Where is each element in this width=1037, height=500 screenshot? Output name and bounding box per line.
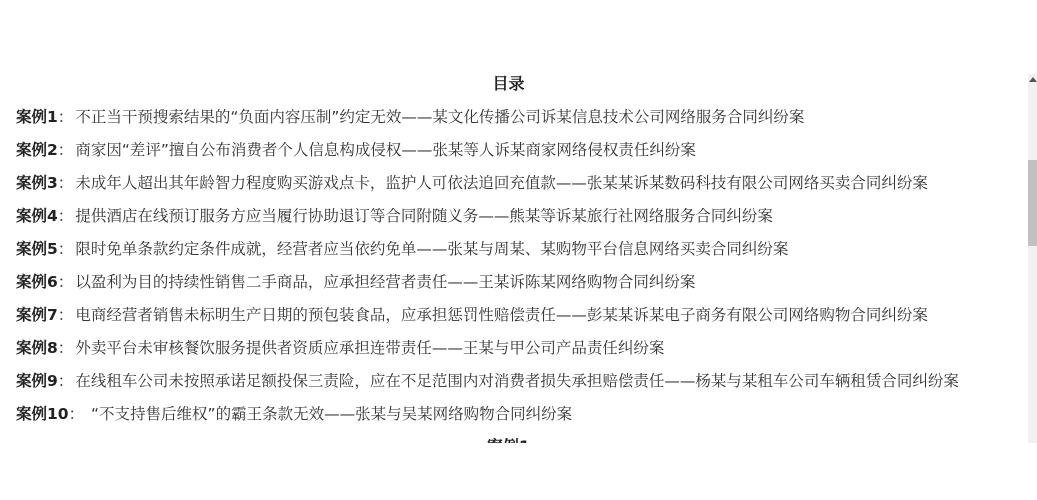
case-separator: ：: [69, 405, 85, 423]
toc-item-case-2[interactable]: 案例2：商家因“差评”擅自公布消费者个人信息构成侵权——张某等人诉某商家网络侵权…: [16, 139, 959, 172]
scrollbar-thumb[interactable]: [1028, 160, 1037, 246]
case-separator: ：: [58, 372, 74, 390]
toc-item-case-5[interactable]: 案例5：限时免单条款约定条件成就，经营者应当依约免单——张某与周某、某购物平台信…: [16, 238, 959, 271]
case-label: 案例1: [16, 108, 58, 126]
case-separator: ：: [58, 306, 74, 324]
case-label: 案例7: [16, 306, 58, 324]
case-title: 以盈利为目的持续性销售二手商品，应承担经营者责任——王某诉陈某网络购物合同纠纷案: [75, 273, 695, 291]
vertical-scrollbar[interactable]: [1028, 74, 1037, 443]
case-title: 不正当干预搜索结果的“负面内容压制”约定无效——某文化传播公司诉某信息技术公司网…: [75, 108, 804, 126]
case-separator: ：: [58, 141, 74, 159]
case-label: 案例10: [16, 405, 69, 423]
case-label: 案例2: [16, 141, 58, 159]
case-separator: ：: [58, 174, 74, 192]
toc-item-case-6[interactable]: 案例6：以盈利为目的持续性销售二手商品，应承担经营者责任——王某诉陈某网络购物合…: [16, 271, 959, 304]
case-title: 未成年人超出其年龄智力程度购买游戏点卡，监护人可依法追回充值款——张某某诉某数码…: [75, 174, 928, 192]
toc-item-case-1[interactable]: 案例1：不正当干预搜索结果的“负面内容压制”约定无效——某文化传播公司诉某信息技…: [16, 106, 959, 139]
toc-item-case-7[interactable]: 案例7：电商经营者销售未标明生产日期的预包装食品，应承担惩罚性赔偿责任——彭某某…: [16, 304, 959, 337]
case-separator: ：: [58, 108, 74, 126]
case-label: 案例8: [16, 339, 58, 357]
case-title: 外卖平台未审核餐饮服务提供者资质应承担连带责任——王某与甲公司产品责任纠纷案: [75, 339, 664, 357]
toc-list: 案例1：不正当干预搜索结果的“负面内容压制”约定无效——某文化传播公司诉某信息技…: [16, 106, 959, 436]
toc-item-case-10[interactable]: 案例10： “不支持售后维权”的霸王条款无效——张某与吴某网络购物合同纠纷案: [16, 403, 959, 436]
case-title: 商家因“差评”擅自公布消费者个人信息构成侵权——张某等人诉某商家网络侵权责任纠纷…: [75, 141, 696, 159]
case-title: 电商经营者销售未标明生产日期的预包装食品，应承担惩罚性赔偿责任——彭某某诉某电子…: [75, 306, 928, 324]
toc-item-case-9[interactable]: 案例9：在线租车公司未按照承诺足额投保三责险，应在不足范围内对消费者损失承担赔偿…: [16, 370, 959, 403]
case-label: 案例4: [16, 207, 58, 225]
toc-title: 目录: [0, 73, 1017, 95]
toc-item-case-8[interactable]: 案例8：外卖平台未审核餐饮服务提供者资质应承担连带责任——王某与甲公司产品责任纠…: [16, 337, 959, 370]
case-title: “不支持售后维权”的霸王条款无效——张某与吴某网络购物合同纠纷案: [86, 405, 572, 423]
toc-item-case-3[interactable]: 案例3：未成年人超出其年龄智力程度购买游戏点卡，监护人可依法追回充值款——张某某…: [16, 172, 959, 205]
case-label: 案例9: [16, 372, 58, 390]
case-separator: ：: [58, 240, 74, 258]
case-separator: ：: [58, 273, 74, 291]
next-section-heading-clipped: 案例1: [0, 436, 1017, 443]
case-title: 限时免单条款约定条件成就，经营者应当依约免单——张某与周某、某购物平台信息网络买…: [75, 240, 788, 258]
case-separator: ：: [58, 207, 74, 225]
case-separator: ：: [58, 339, 74, 357]
document-viewport: 目录 案例1：不正当干预搜索结果的“负面内容压制”约定无效——某文化传播公司诉某…: [0, 64, 1028, 443]
case-label: 案例5: [16, 240, 58, 258]
case-title: 在线租车公司未按照承诺足额投保三责险，应在不足范围内对消费者损失承担赔偿责任——…: [75, 372, 959, 390]
case-title: 提供酒店在线预订服务方应当履行协助退订等合同附随义务——熊某等诉某旅行社网络服务…: [75, 207, 773, 225]
case-label: 案例6: [16, 273, 58, 291]
toc-item-case-4[interactable]: 案例4：提供酒店在线预订服务方应当履行协助退订等合同附随义务——熊某等诉某旅行社…: [16, 205, 959, 238]
scroll-up-arrow-icon[interactable]: [1029, 77, 1037, 82]
case-label: 案例3: [16, 174, 58, 192]
